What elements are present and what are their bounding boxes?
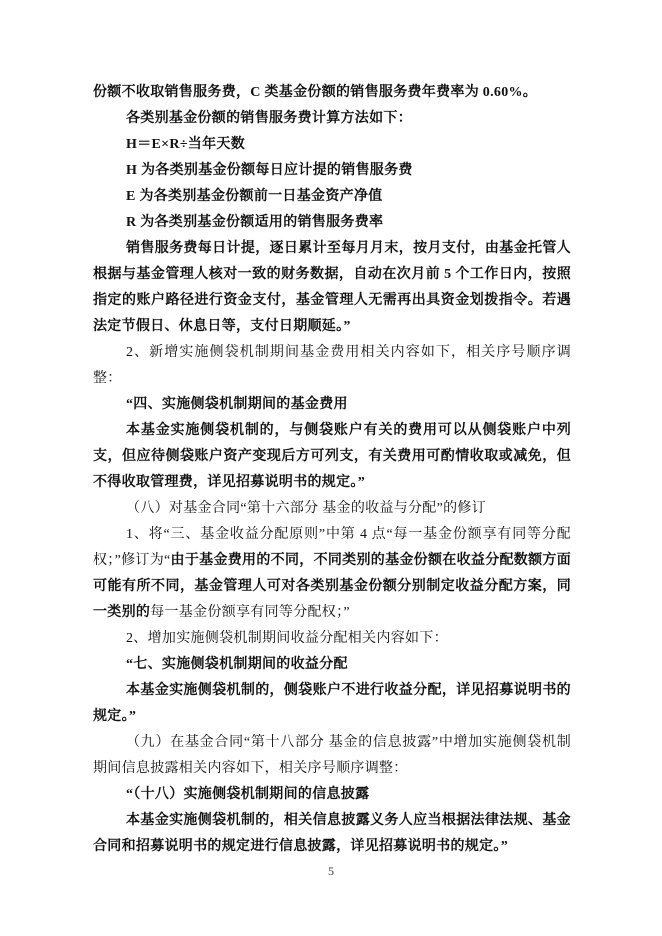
para-fee-calc-intro: 各类别基金份额的销售服务费计算方法如下：	[93, 106, 571, 132]
para-fee-formula-text: H＝E×R÷当年天数	[126, 137, 245, 152]
para-variable-e: E 为各类别基金份额前一日基金资产净值	[93, 184, 571, 210]
para-side-pocket-distribution-text: 本基金实施侧袋机制的，侧袋账户不进行收益分配，详见招募说明书的规定。”	[93, 683, 571, 724]
para-amendment-item-8: （八）对基金合同“第十六部分 基金的收益与分配”的修订	[93, 496, 571, 522]
para-amendment-note-distribution: 2、增加实施侧袋机制期间收益分配相关内容如下：	[93, 626, 571, 652]
heading-side-pocket-fees-text: “四、实施侧袋机制期间的基金费用	[126, 397, 348, 412]
page-number: 5	[0, 862, 662, 880]
para-amendment-note-distribution-text: 2、增加实施侧袋机制期间收益分配相关内容如下：	[126, 631, 448, 646]
para-side-pocket-disclosure: 本基金实施侧袋机制的，相关信息披露义务人应当根据法律法规、基金合同和招募说明书的…	[93, 808, 571, 860]
para-side-pocket-fees-text: 本基金实施侧袋机制的，与侧袋账户有关的费用可以从侧袋账户中列支，但应待侧袋账户资…	[93, 423, 571, 490]
para-distribution-amendment: 1、将“三、基金收益分配原则”中第 4 点“每一基金份额享有同等分配权；”修订为…	[93, 522, 571, 626]
para-variable-e-text: E 为各类别基金份额前一日基金资产净值	[126, 189, 383, 204]
heading-side-pocket-fees: “四、实施侧袋机制期间的基金费用	[93, 392, 571, 418]
heading-side-pocket-distribution: “七、实施侧袋机制期间的收益分配	[93, 652, 571, 678]
para-variable-r: R 为各类别基金份额适用的销售服务费率	[93, 210, 571, 236]
para-sales-fee-rate-text: 份额不收取销售服务费，C 类基金份额的销售服务费年费率为 0.60%。	[93, 85, 537, 100]
para-variable-h: H 为各类别基金份额每日应计提的销售服务费	[93, 158, 571, 184]
heading-side-pocket-disclosure: “（十八）实施侧袋机制期间的信息披露	[93, 782, 571, 808]
para-amendment-item-8-text: （八）对基金合同“第十六部分 基金的收益与分配”的修订	[126, 501, 486, 516]
para-side-pocket-fees: 本基金实施侧袋机制的，与侧袋账户有关的费用可以从侧袋账户中列支，但应待侧袋账户资…	[93, 418, 571, 496]
para-sales-fee-rate: 份额不收取销售服务费，C 类基金份额的销售服务费年费率为 0.60%。	[93, 80, 571, 106]
para-side-pocket-distribution: 本基金实施侧袋机制的，侧袋账户不进行收益分配，详见招募说明书的规定。”	[93, 678, 571, 730]
para-side-pocket-disclosure-text: 本基金实施侧袋机制的，相关信息披露义务人应当根据法律法规、基金合同和招募说明书的…	[93, 813, 571, 854]
para-variable-h-text: H 为各类别基金份额每日应计提的销售服务费	[126, 163, 413, 178]
para-amendment-item-9-text: （九）在基金合同“第十八部分 基金的信息披露”中增加实施侧袋机制期间信息披露相关…	[93, 735, 571, 776]
para-amendment-item-9: （九）在基金合同“第十八部分 基金的信息披露”中增加实施侧袋机制期间信息披露相关…	[93, 730, 571, 782]
heading-side-pocket-disclosure-text: “（十八）实施侧袋机制期间的信息披露	[126, 787, 369, 802]
para-fee-payment-terms: 销售服务费每日计提，逐日累计至每月月末，按月支付，由基金托管人根据与基金管理人核…	[93, 236, 571, 340]
document-page: 份额不收取销售服务费，C 类基金份额的销售服务费年费率为 0.60%。 各类别基…	[0, 0, 662, 936]
para-fee-calc-intro-text: 各类别基金份额的销售服务费计算方法如下：	[126, 111, 412, 126]
heading-side-pocket-distribution-text: “七、实施侧袋机制期间的收益分配	[126, 657, 348, 672]
para-variable-r-text: R 为各类别基金份额适用的销售服务费率	[126, 215, 383, 230]
para-fee-formula: H＝E×R÷当年天数	[93, 132, 571, 158]
para-fee-payment-terms-text: 销售服务费每日计提，逐日累计至每月月末，按月支付，由基金托管人根据与基金管理人核…	[93, 241, 571, 334]
document-text-block: 份额不收取销售服务费，C 类基金份额的销售服务费年费率为 0.60%。 各类别基…	[93, 80, 571, 860]
para-amendment-note-fees: 2、新增实施侧袋机制期间基金费用相关内容如下，相关序号顺序调整：	[93, 340, 571, 392]
para-distribution-amendment-tail: 每一基金份额享有同等分配权；”	[150, 605, 350, 620]
para-amendment-note-fees-text: 2、新增实施侧袋机制期间基金费用相关内容如下，相关序号顺序调整：	[93, 345, 571, 386]
